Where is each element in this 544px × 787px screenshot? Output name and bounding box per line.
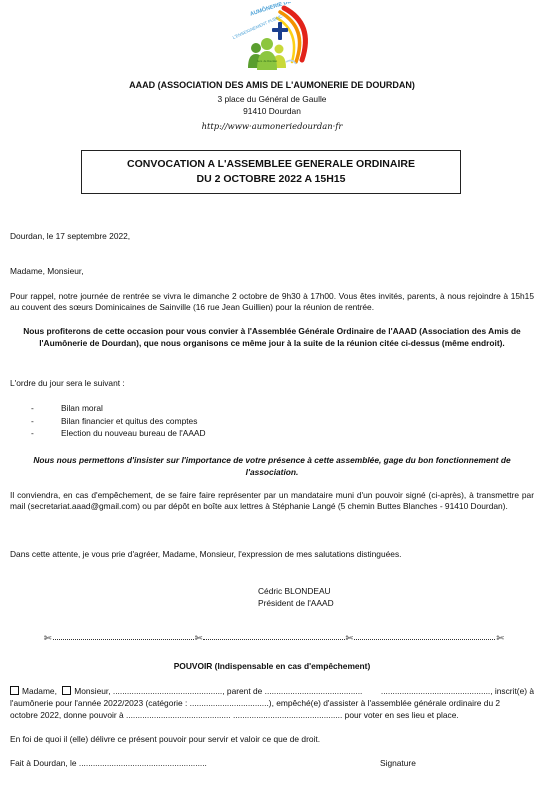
scissors-icon: ✄ — [496, 634, 504, 643]
scissors-icon: ✄ — [195, 634, 203, 643]
agenda-list: - Bilan moral - Bilan financier et quitu… — [31, 403, 206, 441]
madame-checkbox[interactable] — [10, 686, 19, 695]
dotted-separator — [203, 635, 344, 640]
proxy-line-2[interactable]: l'aumônerie pour l'année 2022/2023 (caté… — [10, 698, 534, 709]
agenda-item: - Bilan financier et quitus des comptes — [31, 416, 206, 429]
proxy-heading-rest: (Indispensable en cas d'empêchement) — [212, 661, 370, 671]
proxy-line-1-left: Madame, Monsieur, ......................… — [10, 686, 362, 697]
closing-formula: Dans cette attente, je vous prie d'agrée… — [10, 549, 534, 560]
proxy-line-3[interactable]: octobre 2022, donne pouvoir à ..........… — [10, 710, 534, 721]
address-street: 3 place du Général de Gaulle — [0, 94, 544, 105]
scissors-icon: ✄ — [346, 634, 354, 643]
bullet-dash: - — [31, 428, 61, 441]
proxy-heading-bold: POUVOIR — [174, 661, 213, 671]
insist-line-1: Nous nous permettons d'insister sur l'im… — [0, 455, 544, 466]
bullet-dash: - — [31, 403, 61, 416]
paragraph-invitation-line-1: Nous profiterons de cette occasion pour … — [0, 326, 544, 337]
website-link[interactable]: http://www·aumoneriedourdan·fr — [0, 121, 544, 132]
scissors-icon: ✄ — [44, 634, 52, 643]
paragraph-proxy-instructions: Il conviendra, en cas d'empêchement, de … — [10, 490, 534, 512]
signatory-name: Cédric BLONDEAU — [258, 586, 331, 597]
address-city: 91410 Dourdan — [0, 106, 544, 117]
organization-name: AAAD (ASSOCIATION DES AMIS DE L'AUMONERI… — [0, 80, 544, 92]
agenda-item: - Election du nouveau bureau de l'AAAD — [31, 428, 206, 441]
title-line-2: DU 2 OCTOBRE 2022 A 15H15 — [82, 172, 460, 187]
parent-name-field[interactable]: ........................................… — [113, 686, 362, 696]
logo-graphic-icon: AUMÔNERIE DE L'ENSEIGNEMENT PUBLIC Aum. … — [222, 2, 318, 74]
monsieur-label: Monsieur, — [74, 686, 110, 696]
dotted-separator — [53, 635, 194, 640]
agenda-item-label: Bilan moral — [61, 403, 103, 416]
monsieur-checkbox[interactable] — [62, 686, 71, 695]
svg-text:L'ENSEIGNEMENT PUBLIC: L'ENSEIGNEMENT PUBLIC — [232, 13, 284, 40]
signature-label: Signature — [380, 758, 416, 769]
proxy-line-1: Madame, Monsieur, ......................… — [10, 686, 534, 697]
convocation-title-box: CONVOCATION A L'ASSEMBLEE GENERALE ORDIN… — [81, 150, 461, 194]
agenda-item-label: Bilan financier et quitus des comptes — [61, 416, 197, 429]
agenda-item: - Bilan moral — [31, 403, 206, 416]
agenda-item-label: Election du nouveau bureau de l'AAAD — [61, 428, 206, 441]
association-logo: AUMÔNERIE DE L'ENSEIGNEMENT PUBLIC Aum. … — [222, 2, 318, 74]
cut-line: ✄ ✄ ✄ ✄ — [44, 634, 504, 643]
insist-line-2: l'association. — [0, 467, 544, 478]
paragraph-invitation-line-2: l'Aumônerie de Dourdan), que nous organi… — [0, 338, 544, 349]
madame-label: Madame, — [22, 686, 57, 696]
place-date: Dourdan, le 17 septembre 2022, — [10, 231, 534, 242]
dotted-separator — [354, 635, 495, 640]
paragraph-reminder: Pour rappel, notre journée de rentrée se… — [10, 291, 534, 313]
done-at-field[interactable]: Fait à Dourdan, le .....................… — [10, 758, 534, 769]
proxy-heading: POUVOIR (Indispensable en cas d'empêchem… — [0, 661, 544, 672]
bullet-dash: - — [31, 416, 61, 429]
child-name-field[interactable]: ........................................… — [381, 686, 534, 697]
signatory-title: Président de l'AAAD — [258, 598, 334, 609]
svg-text:Aum. de Dourdan: Aum. de Dourdan — [257, 59, 278, 63]
salutation: Madame, Monsieur, — [10, 266, 534, 277]
attestation-text: En foi de quoi il (elle) délivre ce prés… — [10, 734, 534, 745]
title-line-1: CONVOCATION A L'ASSEMBLEE GENERALE ORDIN… — [82, 157, 460, 172]
agenda-intro: L'ordre du jour sera le suivant : — [10, 378, 534, 389]
